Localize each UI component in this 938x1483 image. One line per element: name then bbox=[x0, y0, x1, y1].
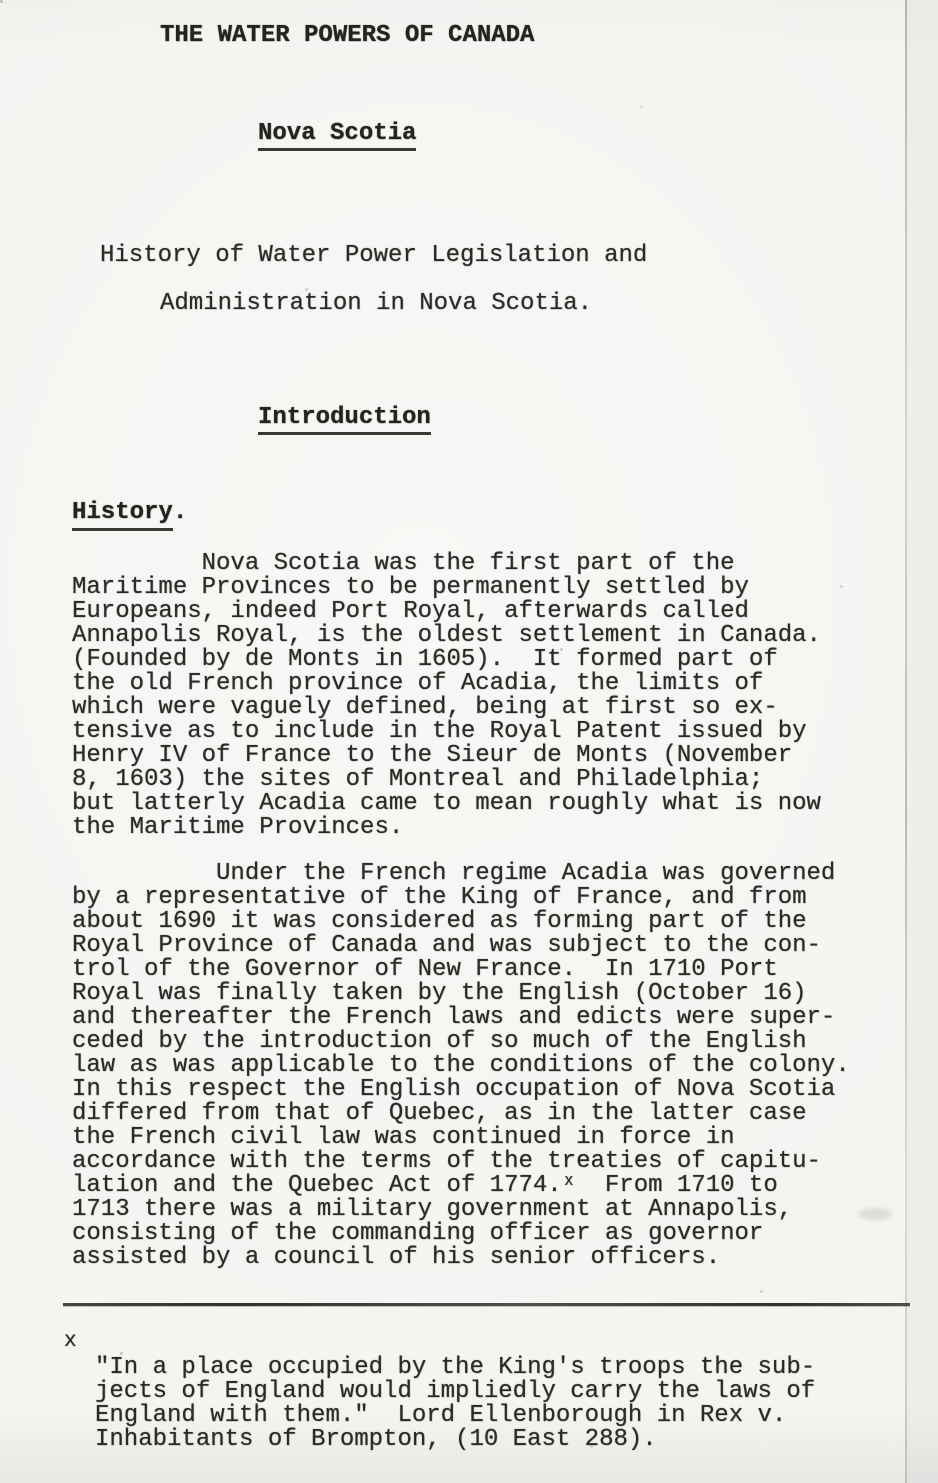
subtitle-line-1: History of Water Power Legislation and bbox=[100, 244, 647, 268]
body-paragraph-1: Nova Scotia was the first part of the Ma… bbox=[72, 552, 821, 840]
footnote-text: "In a place occupied by the King's troop… bbox=[95, 1356, 815, 1452]
section-heading-introduction: Introduction bbox=[258, 406, 431, 435]
subtitle-line-2: Administration in Nova Scotia. bbox=[160, 292, 592, 316]
subsection-heading-history: History. bbox=[72, 501, 187, 525]
document-page: THE WATER POWERS OF CANADA Nova Scotia H… bbox=[0, 0, 938, 1483]
document-title: THE WATER POWERS OF CANADA bbox=[160, 24, 534, 48]
paper-right-edge-shade bbox=[907, 0, 938, 1483]
body-paragraph-2: Under the French regime Acadia was gover… bbox=[72, 862, 850, 1270]
subsection-heading-history-period: . bbox=[173, 499, 187, 526]
subsection-heading-history-text: History bbox=[72, 499, 173, 531]
region-heading: Nova Scotia bbox=[258, 122, 416, 151]
paper-smudge bbox=[858, 1208, 892, 1220]
footnote-marker: x bbox=[64, 1330, 77, 1354]
footnote-separator-rule bbox=[63, 1303, 910, 1306]
paper-fold-line bbox=[905, 0, 907, 1483]
paper-speckle-texture bbox=[0, 0, 3, 3]
